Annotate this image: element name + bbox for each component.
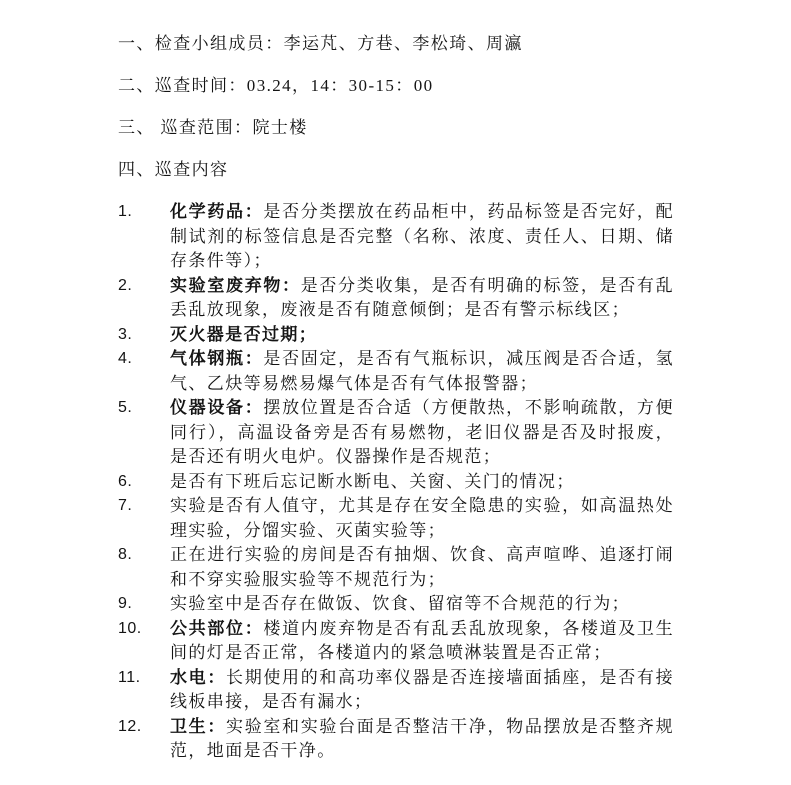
- checklist-item: 2. 实验室废弃物：是否分类收集，是否有明确的标签，是否有乱丢乱放现象，废液是否…: [118, 274, 674, 323]
- checklist-item: 7. 实验是否有人值守，尤其是存在安全隐患的实验，如高温热处理实验，分馏实验、灭…: [118, 494, 674, 543]
- item-body: 实验室废弃物：是否分类收集，是否有明确的标签，是否有乱丢乱放现象，废液是否有随意…: [170, 274, 674, 323]
- header-line-inspection-content: 四、巡查内容: [118, 158, 674, 182]
- header-line-inspection-time: 二、巡查时间：03.24，14：30-15：00: [118, 74, 674, 98]
- item-number: 9.: [118, 592, 170, 617]
- item-number: 4.: [118, 347, 170, 396]
- item-text: 长期使用的和高功率仪器是否连接墙面插座，是否有接线板串接，是否有漏水；: [170, 668, 674, 712]
- item-body: 公共部位：楼道内废弃物是否有乱丢乱放现象，各楼道及卫生间的灯是否正常，各楼道内的…: [170, 617, 674, 666]
- checklist-item: 1. 化学药品：是否分类摆放在药品柜中，药品标签是否完好，配制试剂的标签信息是否…: [118, 200, 674, 274]
- checklist-item: 5. 仪器设备：摆放位置是否合适（方便散热，不影响疏散，方便同行），高温设备旁是…: [118, 396, 674, 470]
- item-text: 实验室中是否存在做饭、饮食、留宿等不合规范的行为；: [170, 594, 630, 613]
- item-text: 实验室和实验台面是否整洁干净，物品摆放是否整齐规范，地面是否干净。: [170, 717, 674, 761]
- item-label: 化学药品：: [170, 202, 263, 221]
- item-label: 公共部位：: [170, 619, 263, 638]
- checklist-item: 8. 正在进行实验的房间是否有抽烟、饮食、高声喧哗、追逐打闹和不穿实验服实验等不…: [118, 543, 674, 592]
- item-label: 气体钢瓶：: [170, 349, 263, 368]
- item-number: 10.: [118, 617, 170, 666]
- item-body: 灭火器是否过期；: [170, 323, 674, 348]
- item-number: 11.: [118, 666, 170, 715]
- item-label: 灭火器是否过期；: [170, 325, 317, 344]
- item-label: 水电：: [170, 668, 226, 687]
- item-label: 卫生：: [170, 717, 226, 736]
- item-number: 3.: [118, 323, 170, 348]
- checklist-item: 10. 公共部位：楼道内废弃物是否有乱丢乱放现象，各楼道及卫生间的灯是否正常，各…: [118, 617, 674, 666]
- item-number: 7.: [118, 494, 170, 543]
- item-body: 实验是否有人值守，尤其是存在安全隐患的实验，如高温热处理实验，分馏实验、灭菌实验…: [170, 494, 674, 543]
- item-body: 化学药品：是否分类摆放在药品柜中，药品标签是否完好，配制试剂的标签信息是否完整（…: [170, 200, 674, 274]
- item-text: 实验是否有人值守，尤其是存在安全隐患的实验，如高温热处理实验，分馏实验、灭菌实验…: [170, 496, 674, 540]
- item-number: 2.: [118, 274, 170, 323]
- item-label: 仪器设备：: [170, 398, 263, 417]
- checklist-item: 3. 灭火器是否过期；: [118, 323, 674, 348]
- document-page: 一、检查小组成员：李运芃、方巷、李松琦、周瀛 二、巡查时间：03.24，14：3…: [0, 0, 791, 785]
- item-number: 1.: [118, 200, 170, 274]
- item-label: 实验室废弃物：: [170, 276, 301, 295]
- document-content: 一、检查小组成员：李运芃、方巷、李松琦、周瀛 二、巡查时间：03.24，14：3…: [118, 32, 674, 764]
- item-body: 是否有下班后忘记断水断电、关窗、关门的情况；: [170, 470, 674, 495]
- checklist-item: 4. 气体钢瓶：是否固定，是否有气瓶标识，减压阀是否合适，氢气、乙炔等易燃易爆气…: [118, 347, 674, 396]
- item-number: 6.: [118, 470, 170, 495]
- item-number: 12.: [118, 715, 170, 764]
- item-body: 气体钢瓶：是否固定，是否有气瓶标识，减压阀是否合适，氢气、乙炔等易燃易爆气体是否…: [170, 347, 674, 396]
- item-text: 是否有下班后忘记断水断电、关窗、关门的情况；: [170, 472, 575, 491]
- item-number: 8.: [118, 543, 170, 592]
- item-text: 正在进行实验的房间是否有抽烟、饮食、高声喧哗、追逐打闹和不穿实验服实验等不规范行…: [170, 545, 674, 589]
- item-number: 5.: [118, 396, 170, 470]
- item-body: 仪器设备：摆放位置是否合适（方便散热，不影响疏散，方便同行），高温设备旁是否有易…: [170, 396, 674, 470]
- header-line-team-members: 一、检查小组成员：李运芃、方巷、李松琦、周瀛: [118, 32, 674, 56]
- item-body: 实验室中是否存在做饭、饮食、留宿等不合规范的行为；: [170, 592, 674, 617]
- checklist-item: 12. 卫生：实验室和实验台面是否整洁干净，物品摆放是否整齐规范，地面是否干净。: [118, 715, 674, 764]
- item-body: 卫生：实验室和实验台面是否整洁干净，物品摆放是否整齐规范，地面是否干净。: [170, 715, 674, 764]
- checklist-item: 9. 实验室中是否存在做饭、饮食、留宿等不合规范的行为；: [118, 592, 674, 617]
- header-line-inspection-scope: 三、 巡查范围：院士楼: [118, 116, 674, 140]
- item-body: 正在进行实验的房间是否有抽烟、饮食、高声喧哗、追逐打闹和不穿实验服实验等不规范行…: [170, 543, 674, 592]
- checklist-item: 6. 是否有下班后忘记断水断电、关窗、关门的情况；: [118, 470, 674, 495]
- inspection-checklist: 1. 化学药品：是否分类摆放在药品柜中，药品标签是否完好，配制试剂的标签信息是否…: [118, 200, 674, 764]
- checklist-item: 11. 水电：长期使用的和高功率仪器是否连接墙面插座，是否有接线板串接，是否有漏…: [118, 666, 674, 715]
- item-body: 水电：长期使用的和高功率仪器是否连接墙面插座，是否有接线板串接，是否有漏水；: [170, 666, 674, 715]
